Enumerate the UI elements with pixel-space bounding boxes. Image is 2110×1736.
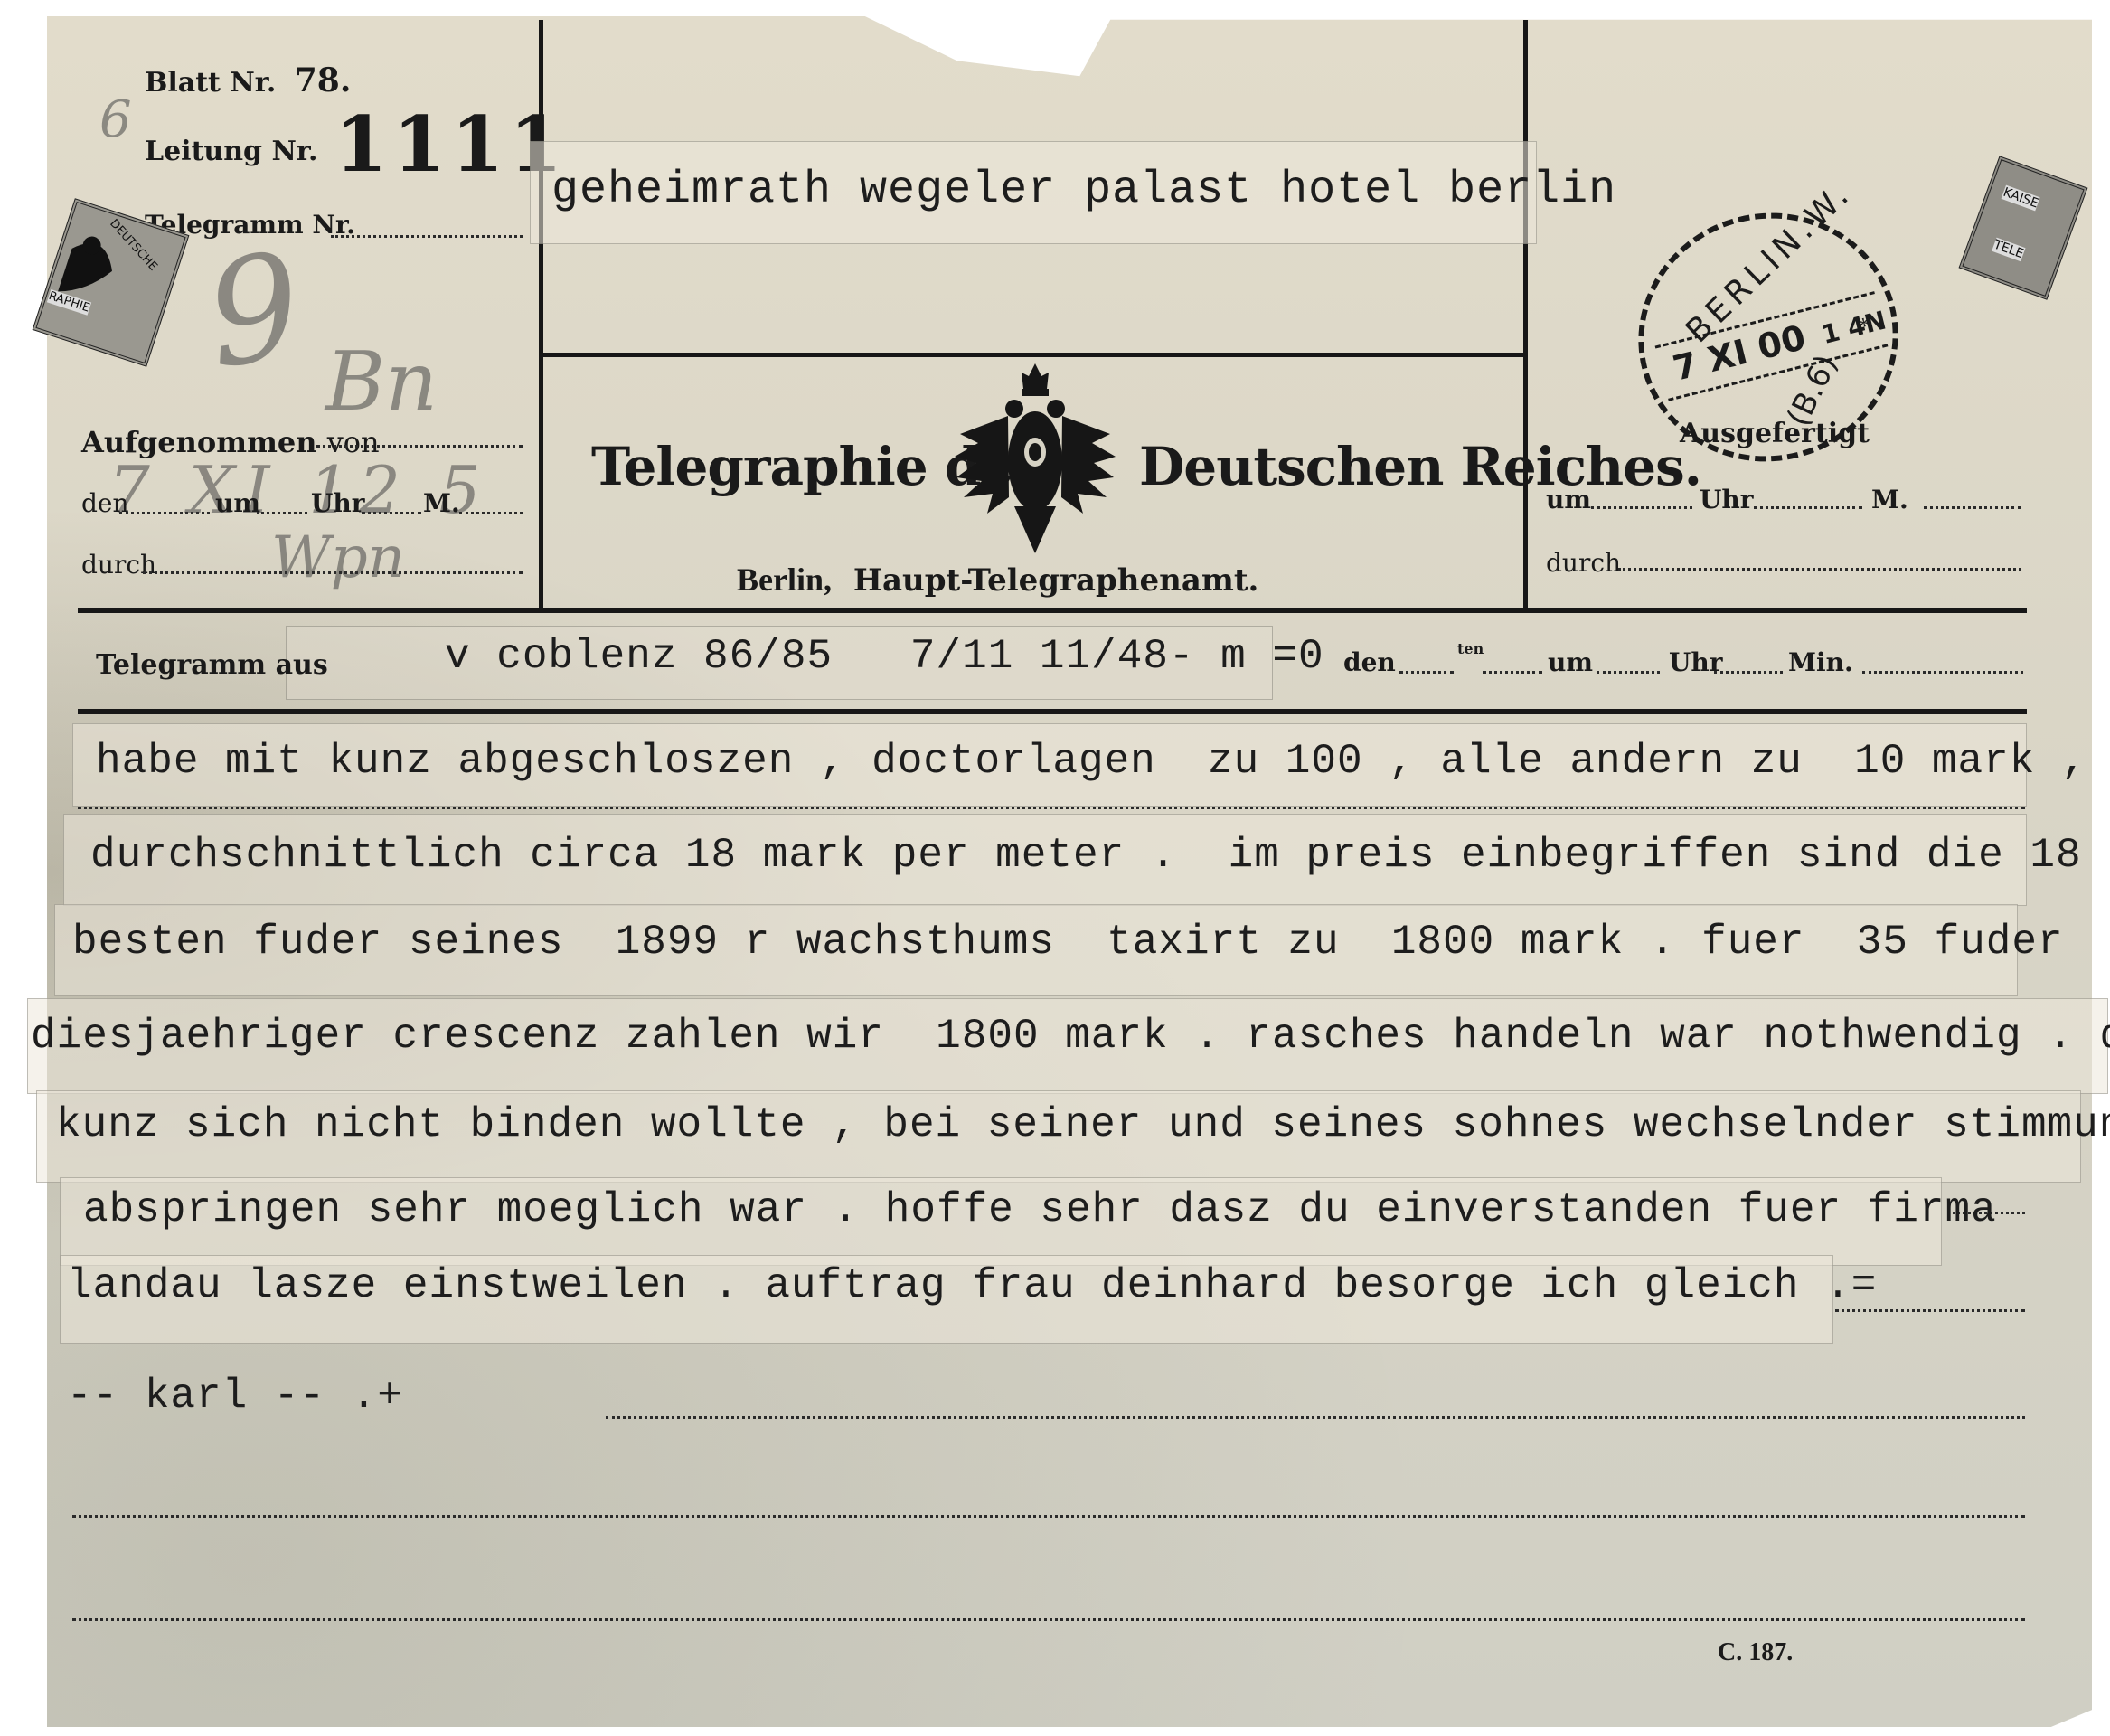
- origin-den-label: den: [1343, 647, 1396, 677]
- ausgefertigt-durch-field: [1618, 568, 2021, 571]
- origin-um-field: [1597, 671, 1660, 674]
- origin-um-label: um: [1548, 647, 1593, 677]
- aufgenommen-um-field: [257, 512, 307, 514]
- blank-rule-2: [72, 1515, 2025, 1518]
- origin-bottom-rule: [78, 709, 2027, 714]
- pencil-signature-bottom: Wpn: [271, 524, 405, 591]
- right-stamp-text-bottom: TELE: [1992, 238, 2025, 262]
- address-text: geheimrath wegeler palast hotel berlin: [551, 165, 1616, 216]
- aufgenommen-durch-label: durch: [81, 550, 156, 580]
- aufgenommen-um-label: um: [215, 488, 260, 518]
- origin-ten-field: [1483, 671, 1542, 674]
- message-line-5: kunz sich nicht binden wollte , bei sein…: [56, 1101, 2110, 1148]
- aufgenommen-m-field: [459, 512, 523, 514]
- blatt-label-text: Blatt Nr.: [145, 67, 276, 99]
- ausgefertigt-m-field: [1924, 506, 2021, 509]
- header-bottom-rule: [78, 608, 2027, 613]
- office-name: Haupt-Telegraphenamt.: [853, 562, 1259, 599]
- aufgenommen-uhr-label: Uhr: [311, 488, 365, 518]
- aufgenommen-title-text: Aufgenommen: [81, 425, 317, 459]
- ausgefertigt-durch-label: durch: [1546, 548, 1621, 578]
- leitung-label: Leitung Nr.: [145, 136, 317, 167]
- ausgefertigt-um-field: [1591, 506, 1692, 509]
- office-city: Berlin,: [737, 561, 832, 598]
- aufgenommen-den-field: [119, 512, 210, 514]
- origin-den-field: [1399, 671, 1454, 674]
- ausgefertigt-uhr-label: Uhr: [1700, 485, 1754, 514]
- aufgenommen-durch-field: [143, 571, 523, 574]
- blatt-value: 78.: [295, 61, 352, 99]
- blank-rule-3: [72, 1618, 2025, 1621]
- origin-min-label: Min.: [1788, 647, 1853, 677]
- message-line-1: habe mit kunz abgeschloszen , doctorlage…: [96, 738, 2087, 785]
- message-line-2: durchschnittlich circa 18 mark per meter…: [90, 832, 2082, 879]
- pencil-margin-mark: 6: [99, 90, 132, 149]
- office-line: Berlin, Haupt-Telegraphenamt.: [737, 561, 1258, 599]
- message-line-4: diesjaehriger crescenz zahlen wir 1800 m…: [31, 1013, 2110, 1060]
- message-line-3: besten fuder seines 1899 r wachsthums ta…: [72, 919, 2064, 966]
- leitung-label-text: Leitung Nr.: [145, 136, 317, 167]
- aufgenommen-title: Aufgenommen von: [81, 425, 380, 459]
- blatt-label: Blatt Nr. 78.: [145, 61, 351, 99]
- form-number: C. 187.: [1718, 1638, 1793, 1667]
- aufgenommen-uhr-field: [362, 512, 421, 514]
- aufgenommen-m-label: M.: [423, 488, 460, 518]
- origin-min-field: [1862, 671, 2023, 674]
- right-stamp-text-top: KAISE: [2002, 185, 2040, 212]
- ausgefertigt-um-label: um: [1546, 485, 1591, 514]
- origin-label: Telegramm aus: [96, 649, 328, 681]
- divider-right: [1523, 20, 1528, 608]
- telegramm-nr-field: [331, 235, 523, 238]
- postmark-time: 1 4N: [1819, 306, 1889, 350]
- origin-typed: v coblenz 86/85 7/11 11/48- m =0: [445, 633, 1324, 680]
- aufgenommen-von: von: [327, 425, 380, 459]
- pencil-signature-top: Bn: [325, 335, 438, 429]
- message-line-7: landau lasze einstweilen . auftrag frau …: [67, 1262, 1877, 1309]
- origin-uhr-field: [1714, 671, 1783, 674]
- ausgefertigt-m-label: M.: [1871, 485, 1908, 514]
- blank-rule-1: [606, 1416, 2025, 1419]
- origin-ten-label: ten: [1457, 640, 1484, 657]
- message-rule-7: [1835, 1309, 2025, 1312]
- message-line-6: abspringen sehr moeglich war . hoffe seh…: [83, 1186, 1997, 1233]
- header-title-right: Deutschen Reiches.: [1139, 436, 1701, 497]
- ausgefertigt-title: Ausgefertigt: [1680, 418, 1870, 449]
- aufgenommen-von-field: [316, 445, 523, 448]
- message-rule-1: [78, 807, 2025, 809]
- ausgefertigt-uhr-field: [1754, 506, 1862, 509]
- header-top-rule: [541, 353, 1526, 357]
- imperial-eagle-icon: [951, 362, 1119, 556]
- message-signature: -- karl -- .+: [67, 1373, 403, 1420]
